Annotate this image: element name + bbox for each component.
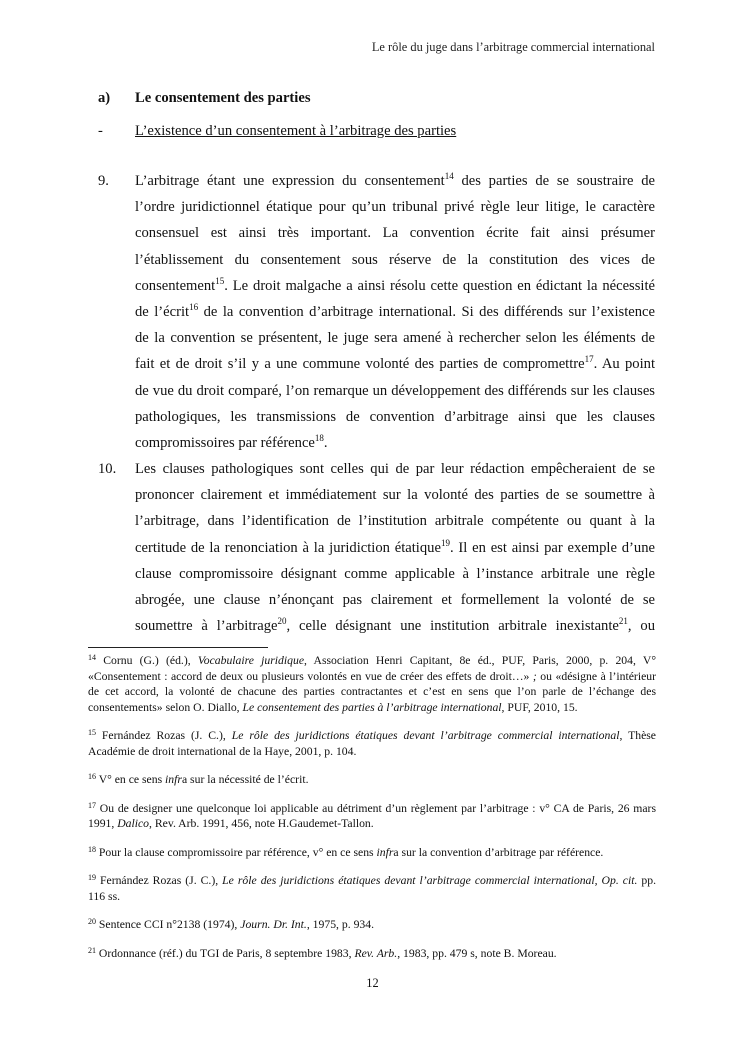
footnote-reference[interactable]: 20 [278,616,287,626]
section-heading: a)Le consentement des parties [98,90,311,107]
footnote-separator [88,647,268,648]
footnote-reference[interactable]: 18 [315,433,324,443]
footnote-number: 21 [88,946,96,955]
text-line: prononcer clairement et immédiatement su… [135,482,655,508]
text-line: l’établissement du consentement sous rés… [135,247,655,273]
text-line: de vue du droit comparé, l’on remarque u… [135,378,655,404]
footnote-reference[interactable]: 19 [441,538,450,548]
text-line: consensuel est ainsi très important. La … [135,220,655,246]
footnote-14: 14 Cornu (G.) (éd.), Vocabulaire juridiq… [88,653,656,715]
subsection-heading: -L’existence d’un consentement à l’arbit… [98,123,456,140]
text-line: abrogée, une clause n’énonçant pas clair… [135,587,655,613]
text-line: Les clauses pathologiques sont celles qu… [135,456,655,482]
subsection-title: L’existence d’un consentement à l’arbitr… [135,123,456,139]
section-label: a) [98,90,135,107]
paragraph-body: Les clauses pathologiques sont celles qu… [135,456,655,639]
footnote-15: 15 Fernández Rozas (J. C.), Le rôle des … [88,728,656,759]
numbered-paragraph-10: 10. Les clauses pathologiques sont celle… [98,456,655,639]
text-line: l’ordre juridictionnel étatique pour qu’… [135,194,655,220]
text-line: de la convention se présentent, le juge … [135,325,655,351]
page-number: 12 [0,976,745,991]
footnote-21: 21 Ordonnance (réf.) du TGI de Paris, 8 … [88,946,656,962]
footnote-16: 16 V° en ce sens infra sur la nécessité … [88,772,656,788]
text-line: certitude de la renonciation à la juridi… [135,535,655,561]
footnote-reference[interactable]: 16 [189,302,198,312]
footnote-19: 19 Fernández Rozas (J. C.), Le rôle des … [88,873,656,904]
text-line: L’arbitrage étant une expression du cons… [135,168,655,194]
footnote-17: 17 Ou de designer une quelconque loi app… [88,801,656,832]
footnote-reference[interactable]: 15 [215,276,224,286]
text-line: l’arbitrage, dans l’identification de l’… [135,508,655,534]
document-page: Le rôle du juge dans l’arbitrage commerc… [0,0,745,1053]
text-line: consentement15. Le droit malgache a ains… [135,273,655,299]
text-line: pathologiques, les transmissions de conv… [135,404,655,430]
text-line: soumettre à l’arbitrage20, celle désigna… [135,613,655,639]
text-line: clause compromissoire désignant comme ap… [135,561,655,587]
numbered-paragraph-9: 9. L’arbitrage étant une expression du c… [98,168,655,456]
footnote-number: 15 [88,728,96,737]
footnote-reference[interactable]: 17 [585,354,594,364]
bullet-dash: - [98,123,135,140]
footnote-18: 18 Pour la clause compromissoire par réf… [88,845,656,861]
footnote-number: 18 [88,845,96,854]
text-line: compromissoires par référence18. [135,430,655,456]
footnote-number: 14 [88,653,96,662]
footnote-number: 19 [88,873,96,882]
paragraph-number: 10. [98,456,116,482]
footnote-20: 20 Sentence CCI n°2138 (1974), Journ. Dr… [88,917,656,933]
paragraph-body: L’arbitrage étant une expression du cons… [135,168,655,456]
footnote-number: 17 [88,801,96,810]
paragraph-number: 9. [98,168,109,194]
footnote-reference[interactable]: 14 [445,171,454,181]
footnotes-section: 14 Cornu (G.) (éd.), Vocabulaire juridiq… [88,653,656,974]
text-line: fait et de droit s’il y a une commune vo… [135,351,655,377]
section-title: Le consentement des parties [135,90,311,106]
text-line: de l’écrit16 de la convention d’arbitrag… [135,299,655,325]
footnote-number: 20 [88,917,96,926]
footnote-number: 16 [88,772,96,781]
footnote-reference[interactable]: 21 [619,616,628,626]
running-header: Le rôle du juge dans l’arbitrage commerc… [372,40,655,55]
